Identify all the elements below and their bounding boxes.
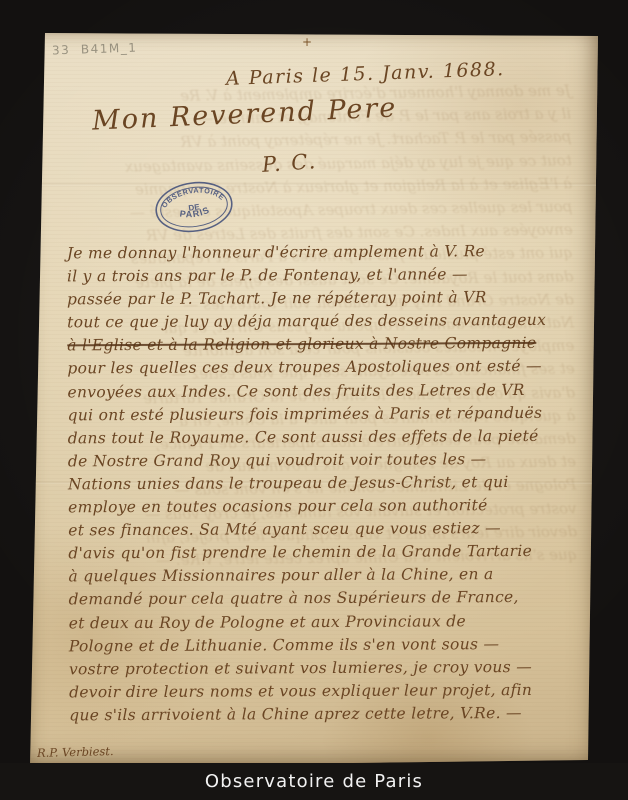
- letter-line: Je me donnay l'honneur d'écrire amplemen…: [67, 240, 579, 266]
- letter-line: et ses finances. Sa Mté ayant sceu que v…: [68, 517, 580, 543]
- letter-line: passée par le P. Tachart. Je ne répétera…: [67, 286, 579, 312]
- salutation: Mon Reverend Pere: [91, 92, 397, 136]
- letter-line: tout ce que je luy ay déja marqué des de…: [67, 309, 579, 335]
- observatoire-de-paris-stamp: OBSERVATOIRE DE PARIS: [151, 176, 237, 239]
- archival-docket-number: 33 B41M_1: [52, 41, 138, 58]
- addressee-annotation: R.P. Verbiest.: [37, 744, 114, 760]
- caption-text: Observatoire de Paris: [205, 771, 423, 792]
- pax-christi-formula: P. C.: [261, 149, 318, 177]
- letter-line: à l'Eglise et à la Religion et glorieux …: [67, 332, 579, 358]
- letter-line: dans tout le Royaume. Ce sont aussi des …: [68, 424, 580, 450]
- letter-line: demandé pour cela quatre à nos Supérieur…: [69, 586, 581, 612]
- letter-line: vostre protection et suivant vos lumiere…: [69, 655, 581, 681]
- letter-body: Je me donnay l'honneur d'écrire amplemen…: [67, 240, 582, 728]
- date-line: A Paris le 15. Janv. 1688.: [226, 58, 505, 90]
- letter-line: il y a trois ans par le P. de Fontenay, …: [67, 263, 579, 289]
- letter-line: de Nostre Grand Roy qui voudroit voir to…: [68, 448, 580, 474]
- letter-line: pour les quelles ces deux troupes Aposto…: [67, 355, 579, 381]
- manuscript-viewer: Je me donnay l'honneur d'écrire amplemen…: [0, 0, 628, 800]
- bleed-line: à l'Eglise et à la Religion et glorieux …: [56, 172, 572, 202]
- manuscript-page: Je me donnay l'honneur d'écrire amplemen…: [30, 33, 598, 767]
- cross-mark: +: [302, 35, 312, 49]
- caption-bar: Observatoire de Paris: [0, 763, 628, 800]
- letter-line: que s'ils arrivoient à la Chine aprez ce…: [69, 702, 581, 728]
- fold-crease: [30, 183, 598, 186]
- letter-line: à quelques Missionnaires pour aller à la…: [68, 563, 580, 589]
- letter-line: envoyées aux Indes. Ce sont des fruits d…: [67, 378, 579, 404]
- letter-line: et deux au Roy de Pologne et aux Provinc…: [69, 609, 581, 635]
- letter-line: Nations unies dans le troupeau de Jesus-…: [68, 471, 580, 497]
- bleed-line: pour les quelles ces deux troupes Aposto…: [56, 195, 572, 225]
- letter-line: devoir dire leurs noms et vous expliquer…: [69, 678, 581, 704]
- letter-line: employe en toutes ocasions pour cela son…: [68, 494, 580, 520]
- letter-line: qui ont esté plusieurs fois imprimées à …: [68, 401, 580, 427]
- letter-line: d'avis qu'on fist prendre le chemin de l…: [68, 540, 580, 566]
- letter-line: Pologne et de Lithuanie. Comme ils s'en …: [69, 632, 581, 658]
